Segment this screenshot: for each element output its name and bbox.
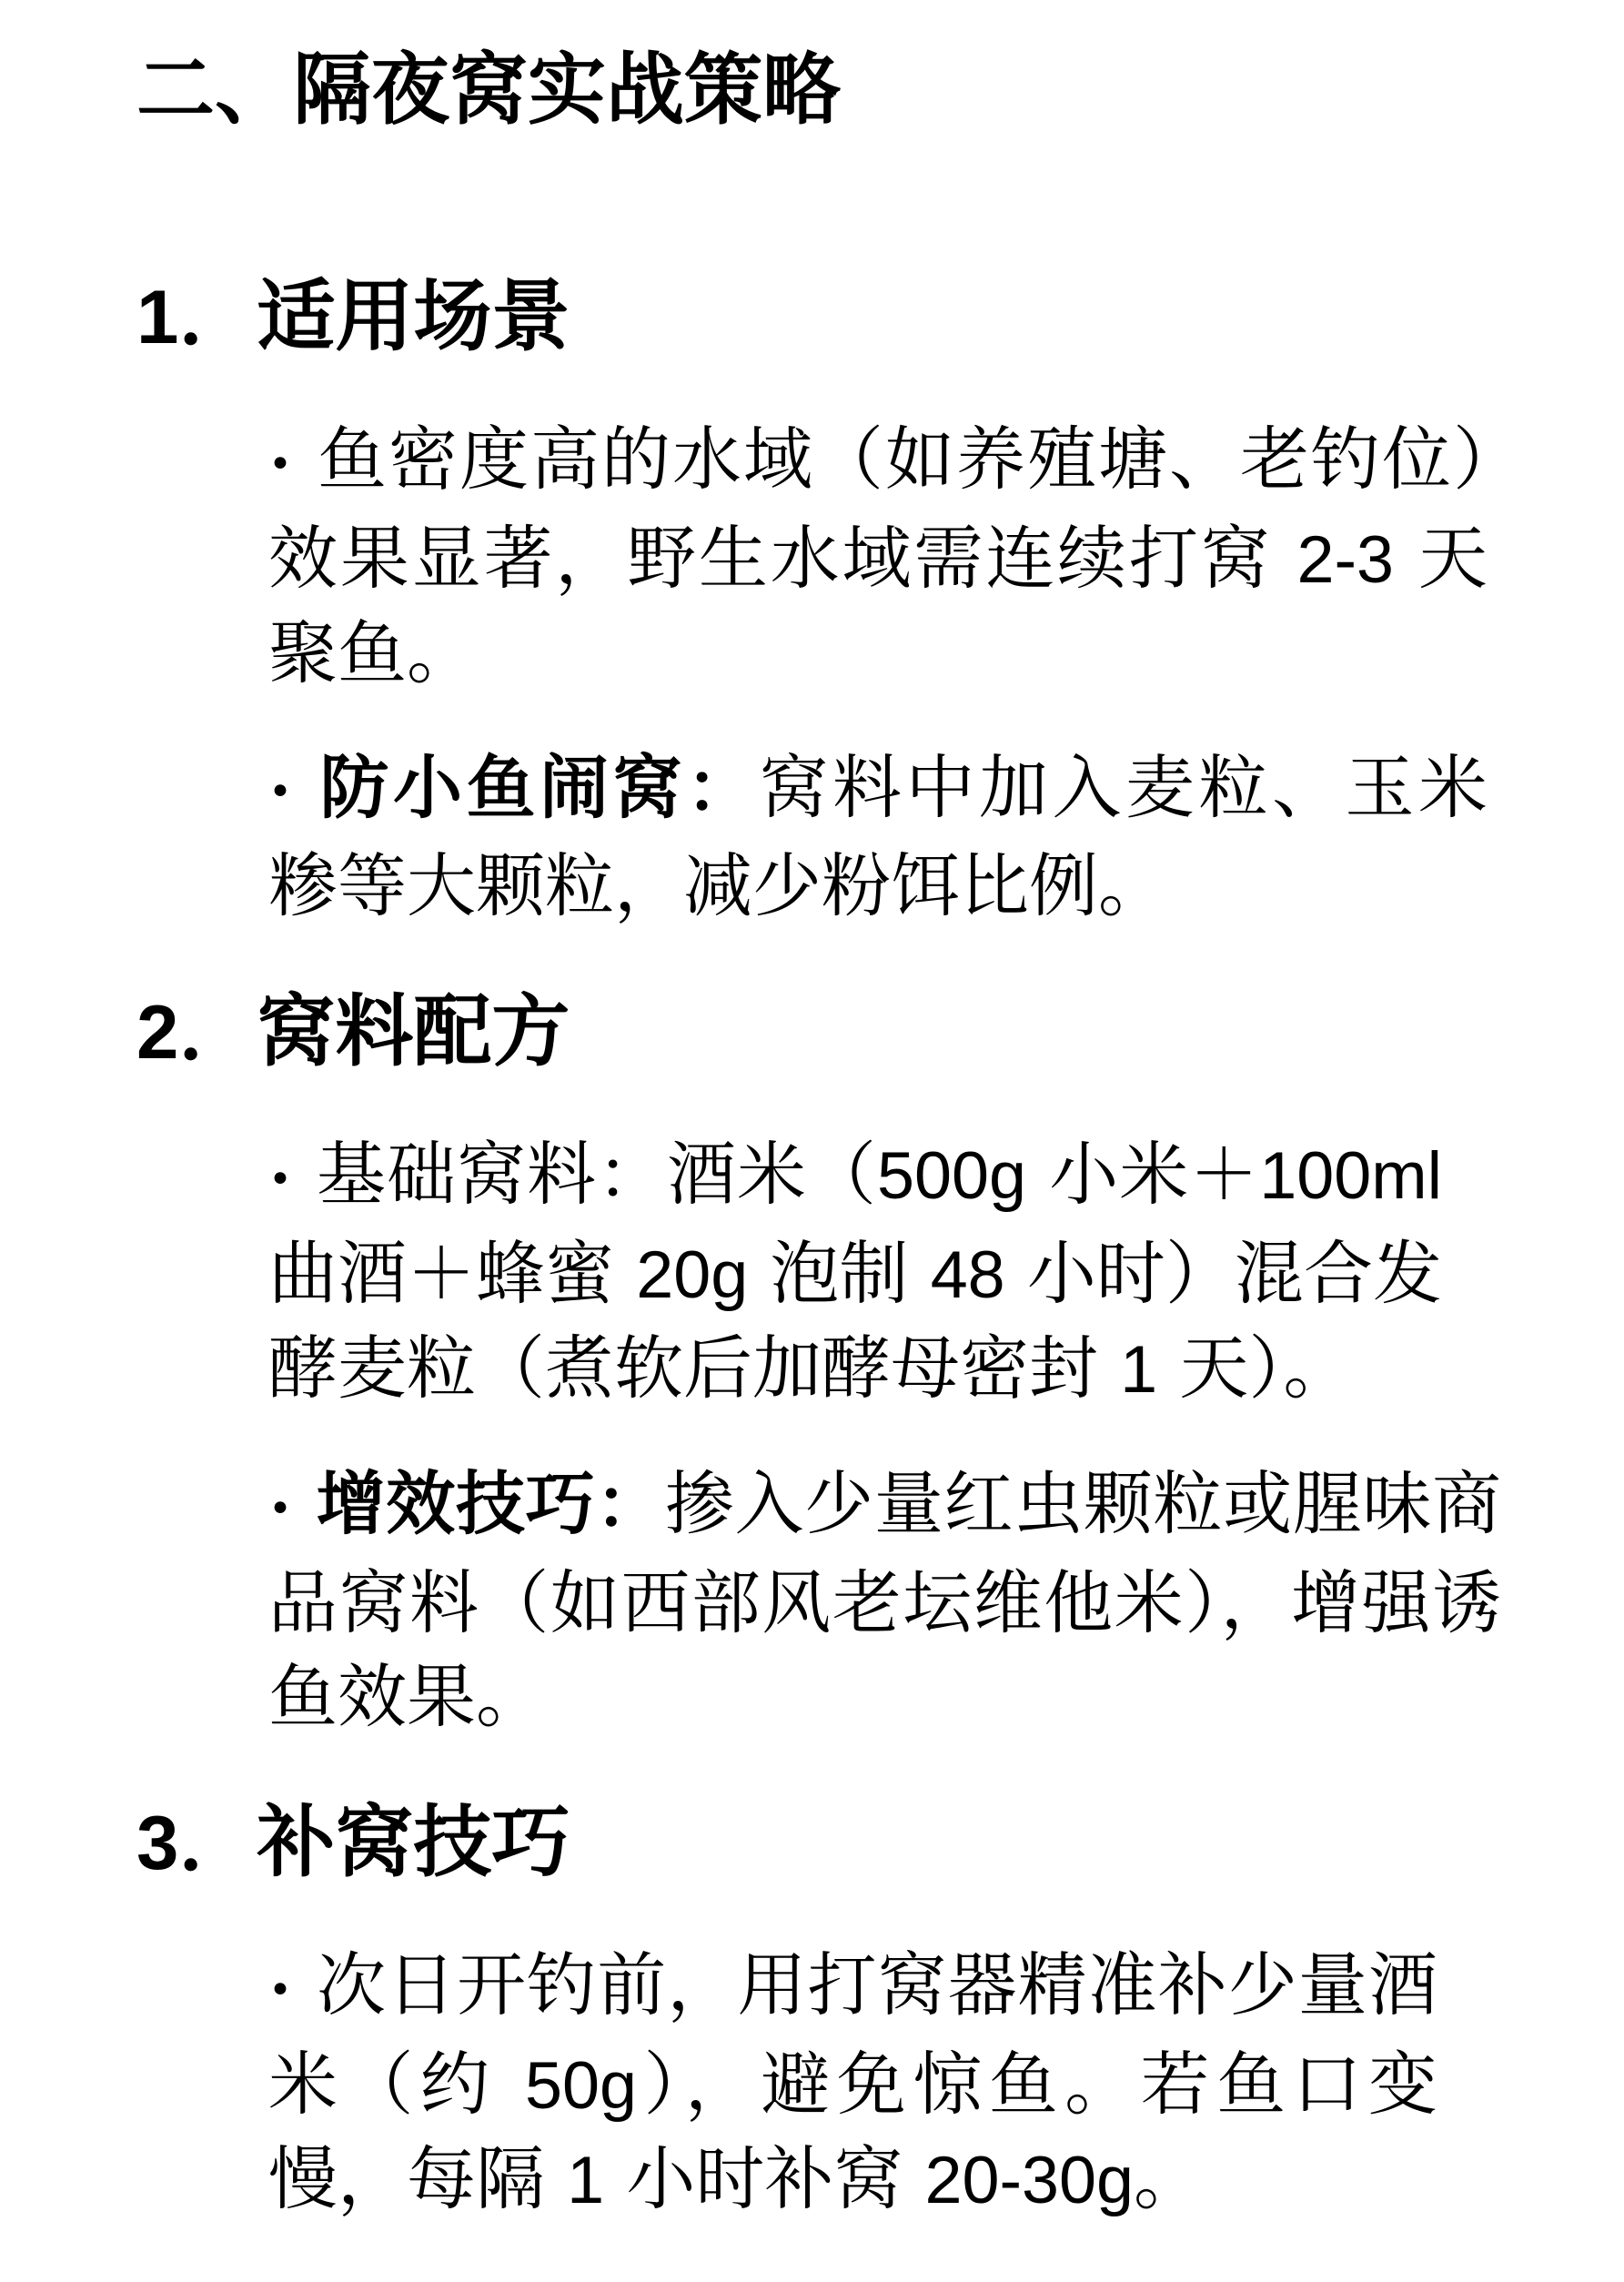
bullet-marker: • bbox=[268, 1967, 292, 2014]
section-heading: 2．窝料配方 bbox=[136, 987, 1569, 1077]
list-item-text: 次日开钓前，用打窝器精准补少量酒米（约 50g），避免惊鱼。若鱼口变慢，每隔 1… bbox=[268, 1944, 1437, 2219]
list-item-lead: 防小鱼闹窝： bbox=[316, 747, 760, 828]
list-item: •鱼密度高的水域（如养殖塘、老钓位）效果显著，野生水域需连续打窝 2-3 天聚鱼… bbox=[136, 412, 1488, 700]
list-item: •次日开钓前，用打窝器精准补少量酒米（约 50g），避免惊鱼。若鱼口变慢，每隔 … bbox=[136, 1938, 1437, 2226]
section-heading: 3．补窝技巧 bbox=[136, 1798, 1569, 1888]
bullet-list: •次日开钓前，用打窝器精准补少量酒米（约 50g），避免惊鱼。若鱼口变慢，每隔 … bbox=[136, 1938, 1569, 2226]
list-item-text: 鱼密度高的水域（如养殖塘、老钓位）效果显著，野生水域需连续打窝 2-3 天聚鱼。 bbox=[268, 419, 1488, 693]
section-replenish-tips: 3．补窝技巧 •次日开钓前，用打窝器精准补少量酒米（约 50g），避免惊鱼。若鱼… bbox=[136, 1798, 1569, 2226]
list-item-text: 基础窝料：酒米（500g 小米＋100ml 曲酒＋蜂蜜 20g 泡制 48 小时… bbox=[268, 1134, 1442, 1409]
bullet-marker: • bbox=[268, 769, 292, 815]
section-heading: 1．适用场景 bbox=[136, 272, 1569, 362]
list-item: •基础窝料：酒米（500g 小米＋100ml 曲酒＋蜂蜜 20g 泡制 48 小… bbox=[136, 1127, 1442, 1416]
document-title: 二、隔夜窝实战策略 bbox=[136, 45, 1569, 136]
section-usage-scenarios: 1．适用场景 •鱼密度高的水域（如养殖塘、老钓位）效果显著，野生水域需连续打窝 … bbox=[136, 272, 1569, 934]
bullet-list: •鱼密度高的水域（如养殖塘、老钓位）效果显著，野生水域需连续打窝 2-3 天聚鱼… bbox=[136, 412, 1569, 934]
document-page: { "page": { "background_color": "#ffffff… bbox=[0, 0, 1624, 2282]
section-bait-recipe: 2．窝料配方 •基础窝料：酒米（500g 小米＋100ml 曲酒＋蜂蜜 20g … bbox=[136, 987, 1569, 1743]
list-item: •增效技巧：掺入少量红虫颗粒或腥味商品窝料（如西部风老坛维他米），增强诱鱼效果。 bbox=[136, 1457, 1501, 1743]
bullet-list: •基础窝料：酒米（500g 小米＋100ml 曲酒＋蜂蜜 20g 泡制 48 小… bbox=[136, 1127, 1569, 1743]
list-item: •防小鱼闹窝：窝料中加入麦粒、玉米糁等大颗粒，减少粉饵比例。 bbox=[136, 741, 1488, 934]
bullet-marker: • bbox=[268, 1486, 292, 1532]
bullet-marker: • bbox=[268, 441, 292, 488]
bullet-marker: • bbox=[268, 1156, 292, 1203]
list-item-lead: 增效技巧： bbox=[316, 1463, 665, 1544]
